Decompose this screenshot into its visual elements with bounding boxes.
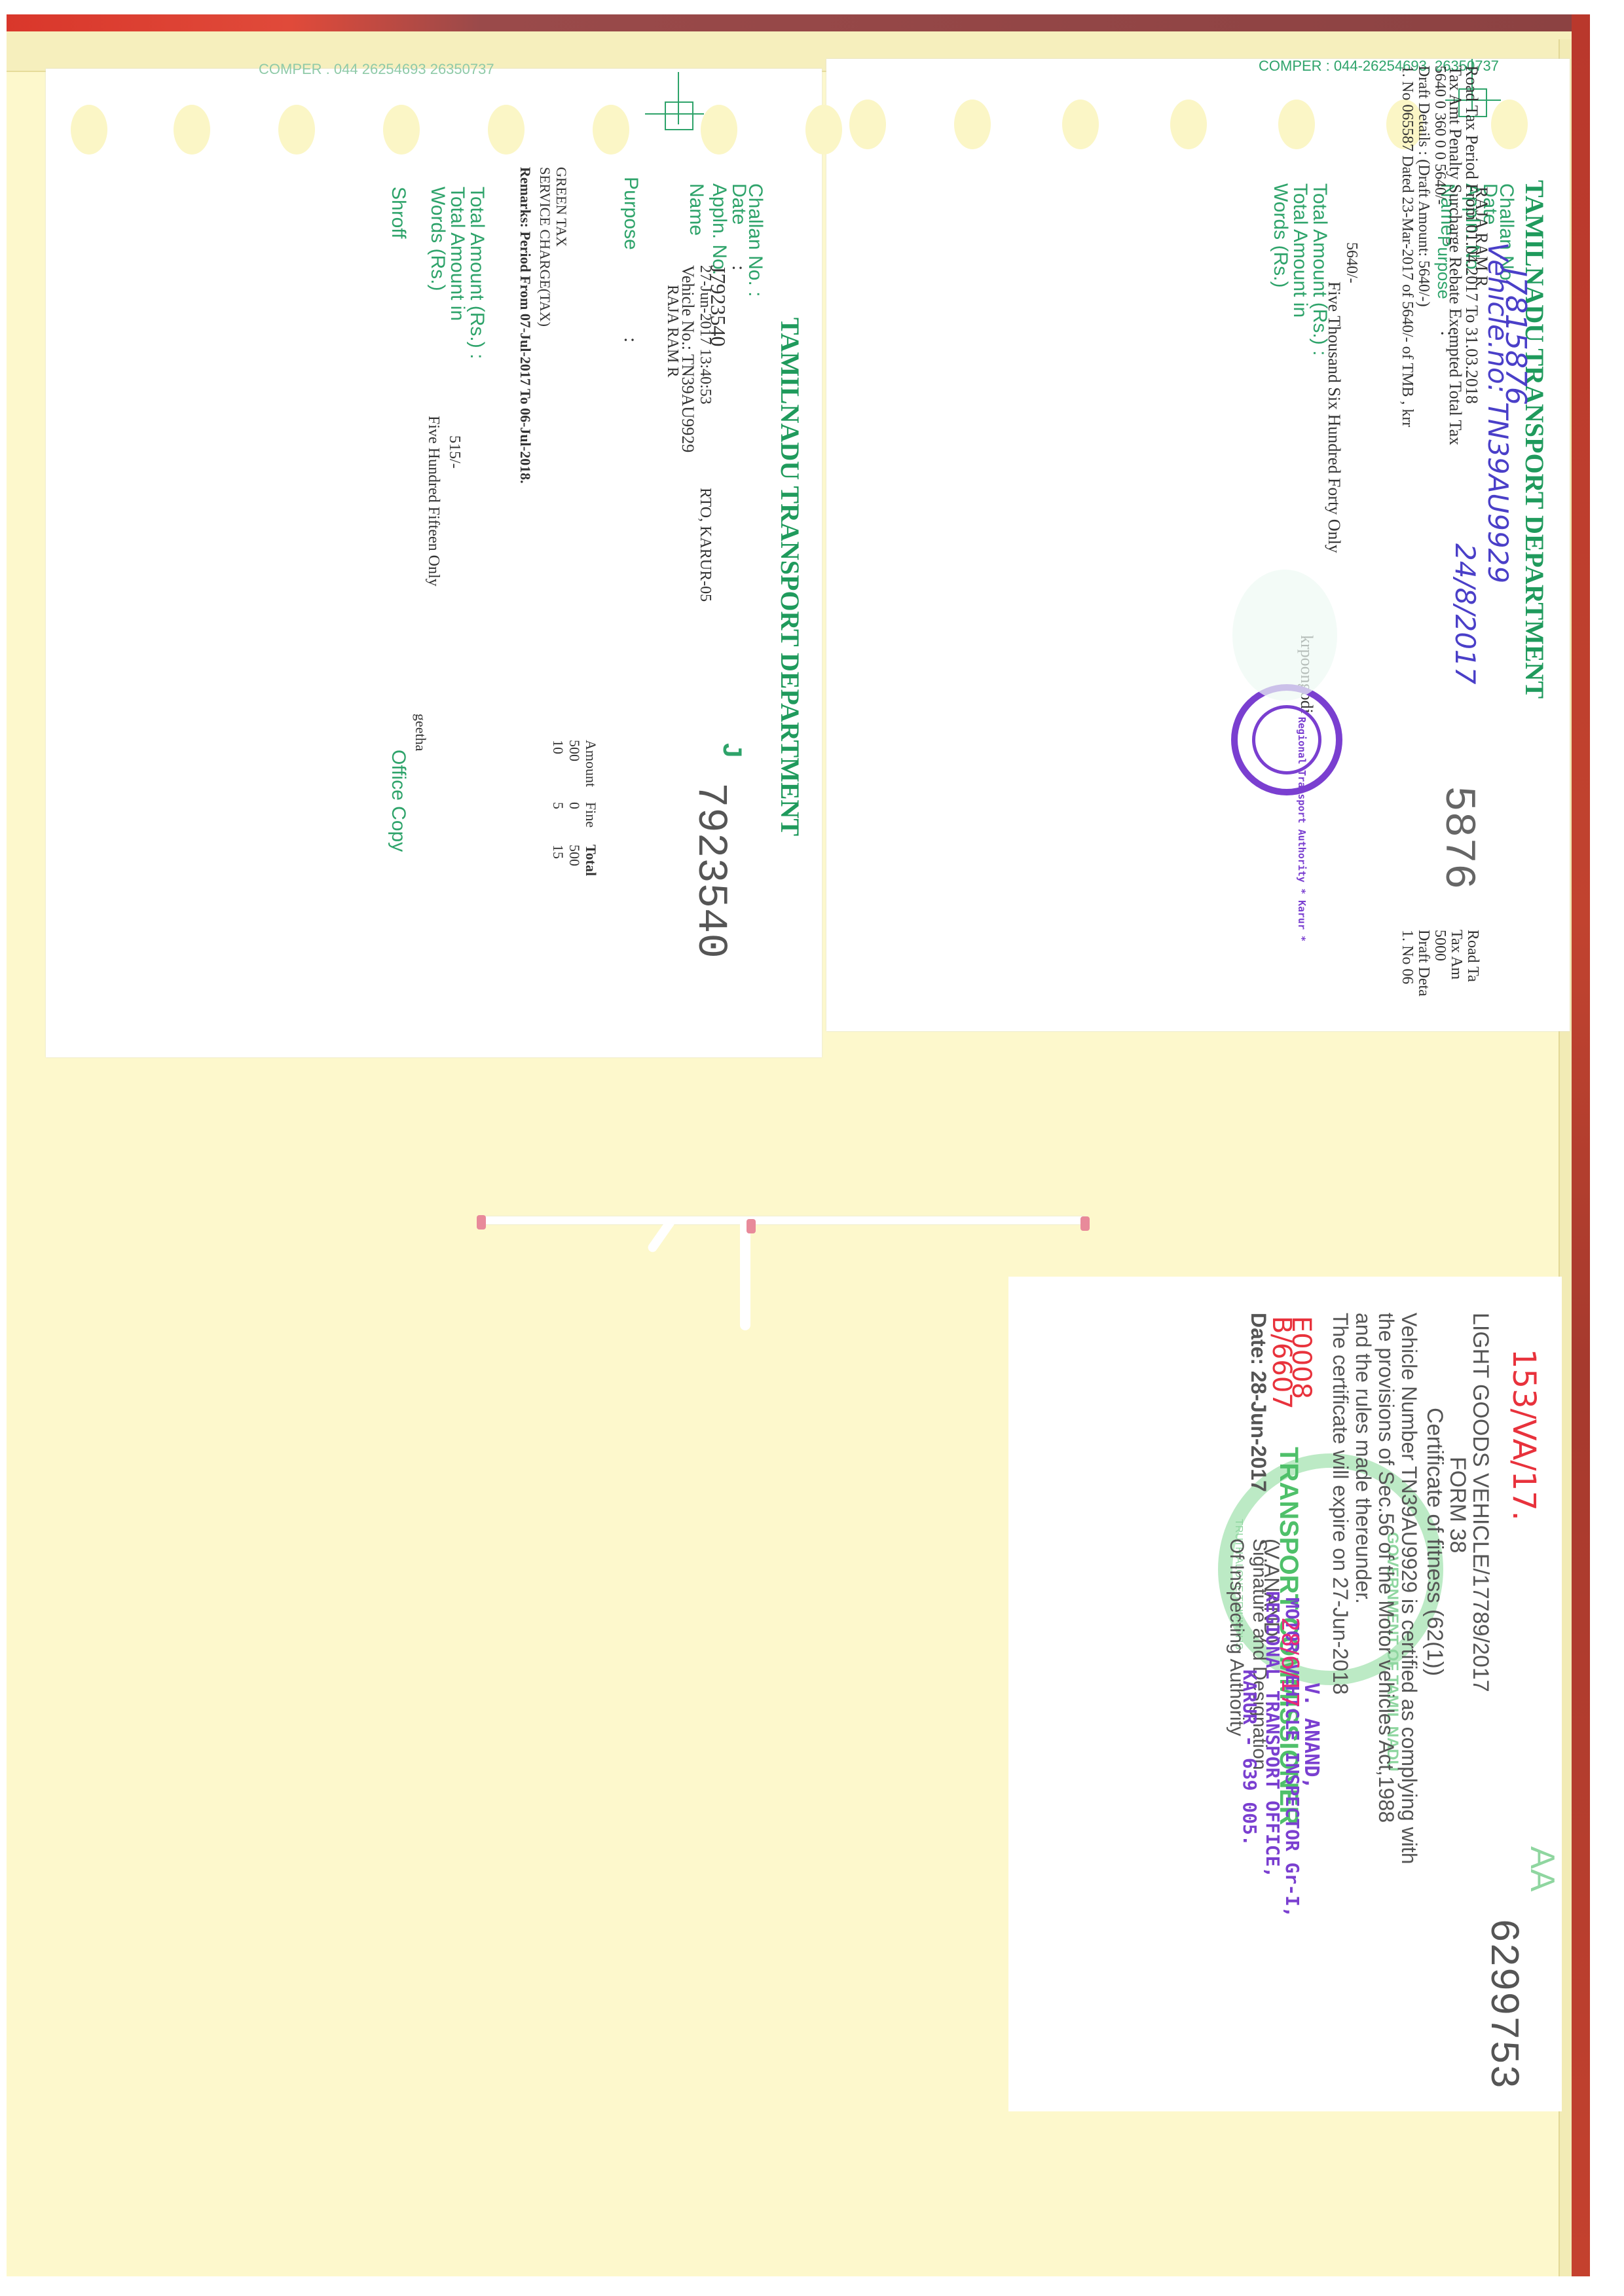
label-words: Words (Rs.) (426, 187, 449, 291)
name-value: RAJA RAM R (663, 285, 681, 377)
department-header: TAMILNADU TRANSPORT DEPARTMENT (775, 318, 805, 836)
perforation-hole (1278, 100, 1315, 149)
row-fine: 0 (566, 802, 583, 809)
label-office-copy: Office Copy (387, 750, 409, 852)
total-amount-value: 5640/- (1342, 242, 1360, 283)
perforation-hole (71, 105, 107, 155)
label-purpose: Purpose (619, 177, 642, 250)
challan-serial-number: 5876 (1433, 786, 1483, 889)
draft-line: 1. No 065587 Dated 23-Mar-2017 of 5640/-… (1398, 65, 1416, 427)
perforation-hole (849, 100, 886, 149)
binding-string-tail (740, 1219, 750, 1330)
printer-info: COMPER . 044 26254693 26350737 (259, 61, 494, 78)
office-value: RTO, KARUR-05 (696, 488, 714, 602)
perforation-hole (174, 105, 210, 155)
handwritten-code: B/6607 (1266, 1316, 1297, 1410)
label-name: Name (685, 183, 707, 236)
date-colon: : (728, 265, 750, 270)
certificate-subtitle: Certificate of fitness (62(1)) (1422, 1408, 1447, 1676)
watermark (1232, 570, 1337, 701)
label-total-amount: Total Amount (Rs.) : (1308, 183, 1331, 355)
row-total: 500 (566, 845, 583, 866)
challan-serial-number: 7923540 (686, 782, 733, 958)
handwritten-ref: 153/VA/17. (1505, 1349, 1542, 1521)
vehicle-class-title: LIGHT GOODS VEHICLE/17789/2017 (1467, 1313, 1493, 1692)
purpose-colon: : (619, 337, 642, 342)
perforation-hole (954, 100, 991, 149)
handwritten-date: 24/8/2017 (1449, 543, 1481, 684)
draft-details: Draft Details : (Draft Amount: 5640/-) (1414, 65, 1432, 307)
row-total: 15 (549, 845, 566, 859)
label-appln-no: Appln. No. (708, 183, 730, 275)
perforation-hole (1170, 100, 1207, 149)
binding-hole (1080, 1216, 1090, 1231)
fitness-certificate: GOVERNMENT OF TAMIL NADU TRUTH ALONE TRI… (1008, 1277, 1562, 2111)
label-purpose: Purpose (1433, 236, 1454, 299)
label-date: Date (728, 183, 750, 225)
handwritten-vehicle-no: Vehicle.no: TN39AU9929 (1482, 242, 1514, 583)
folder-right-edge (1572, 14, 1590, 2276)
perforation-hole (593, 105, 629, 155)
perforation-hole (488, 105, 525, 155)
row-fine: 5 (549, 802, 566, 809)
column-total: Total (582, 845, 599, 876)
column-fine: Fine (582, 802, 599, 828)
perforation-hole (805, 105, 842, 155)
handwritten-signature-date: 28/6/17 (1276, 1617, 1303, 1708)
road-tax-challan: COMPER : 044-26254693, 26350737 TAMILNAD… (826, 59, 1570, 1031)
form-number: FORM 38 (1445, 1457, 1470, 1553)
tax-values: 5640 0 360 0 0 5640/- (1431, 65, 1449, 205)
clerk-name: geetha (412, 714, 429, 751)
label-words: Words (Rs.) (1269, 183, 1291, 287)
department-header: TAMILNADU TRANSPORT DEPARTMENT (1519, 180, 1550, 699)
label-total-amount-in: Total Amount in (1289, 183, 1311, 318)
rta-seal-stamp (1231, 684, 1342, 795)
total-amount-value: 515/- (445, 435, 463, 469)
serial-prefix: AA (1522, 1846, 1562, 1891)
label-shroff: Shroff (387, 187, 409, 239)
perforation-hole (701, 105, 737, 155)
perforation-hole (278, 105, 315, 155)
amount-in-words: Five Hundred Fifteen Only (424, 416, 442, 587)
date-value: 27-Jun-2017 13:40:53 (696, 265, 714, 405)
binding-hole (477, 1215, 486, 1230)
perforation-hole (1062, 100, 1099, 149)
rta-seal-text: Regional Transport Authority * Karur * (1296, 717, 1308, 941)
green-tax-challan: COMPER . 044 26254693 26350737 TAMILNADU… (46, 69, 822, 1057)
binding-string (481, 1216, 1087, 1224)
row-amount: 10 (549, 740, 566, 754)
serial-prefix: J (717, 743, 747, 757)
perforation-hole (383, 105, 420, 155)
certificate-body-line: and the rules made thereunder. (1351, 1313, 1375, 1604)
perforation-hole (1491, 100, 1528, 149)
registration-mark (665, 101, 693, 130)
certificate-serial-number: 6299753 (1479, 1918, 1526, 2088)
column-amount: Amount (582, 740, 599, 787)
remarks: Remarks: Period From 07-Jul-2017 To 06-J… (517, 167, 534, 484)
binding-hole (747, 1219, 756, 1233)
certificate-expiry: The certificate will expire on 27-Jun-20… (1328, 1313, 1352, 1694)
certificate-body-line: the provisions of Sec.56 of the Motor ve… (1374, 1313, 1398, 1823)
label-total-amount-in: Total Amount in (446, 187, 468, 321)
certificate-body-line: Vehicle Number TN39AU9929 is certified a… (1397, 1313, 1421, 1864)
row-amount: 500 (566, 740, 583, 761)
label-total-amount: Total Amount (Rs.) : (466, 187, 488, 359)
row-item-green-tax: GREEN TAX (553, 167, 570, 247)
row-item-service-charge: SERVICE CHARGE(TAX) (536, 167, 553, 327)
folder-top-edge (7, 14, 1588, 31)
